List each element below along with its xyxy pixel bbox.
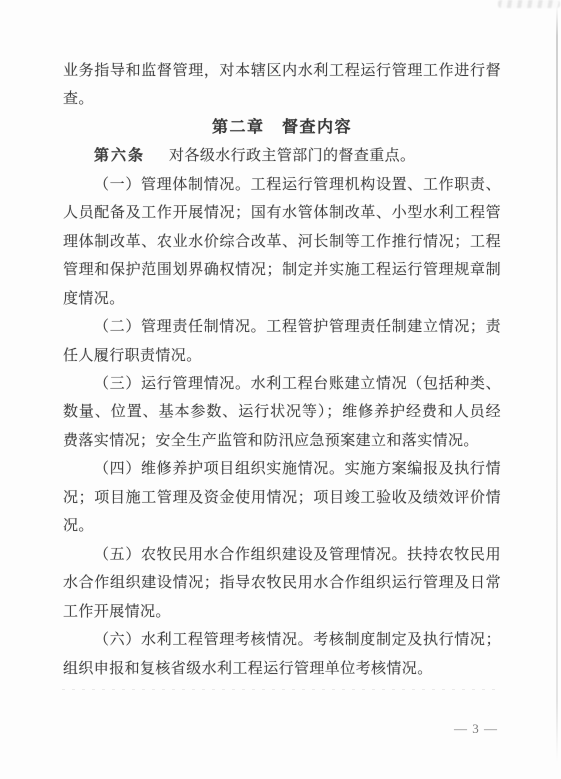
scan-artifact-corner-smudge xyxy=(498,0,560,8)
item-paragraph-5: （五）农牧民用水合作组织建设及管理情况。扶持农牧民用水合作组织建设情况；指导农牧… xyxy=(63,541,501,626)
scan-artifact-edge-line xyxy=(556,6,558,762)
document-page: 业务指导和监督管理，对本辖区内水利工程运行管理工作进行督查。 第二章 督查内容 … xyxy=(0,0,561,779)
item-paragraph-2: （二）管理责任制情况。工程管护管理责任制建立情况；责任人履行职责情况。 xyxy=(63,313,501,370)
page-number: — 3 — xyxy=(441,721,511,737)
document-content: 业务指导和监督管理，对本辖区内水利工程运行管理工作进行督查。 第二章 督查内容 … xyxy=(63,57,501,683)
paragraph-continuation: 业务指导和监督管理，对本辖区内水利工程运行管理工作进行督查。 xyxy=(63,57,501,114)
chapter-heading: 第二章 督查内容 xyxy=(63,114,501,142)
scan-artifact-noise-line xyxy=(62,689,502,690)
item-paragraph-4: （四）维修养护项目组织实施情况。实施方案编报及执行情况；项目施工管理及资金使用情… xyxy=(63,455,501,540)
item-paragraph-3: （三）运行管理情况。水利工程台账建立情况（包括种类、数量、位置、基本参数、运行状… xyxy=(63,370,501,455)
article-paragraph: 第六条对各级水行政主管部门的督查重点。 xyxy=(63,142,501,170)
item-paragraph-6: （六）水利工程管理考核情况。考核制度制定及执行情况；组织申报和复核省级水利工程运… xyxy=(63,626,501,683)
article-text: 对各级水行政主管部门的督查重点。 xyxy=(169,148,415,164)
article-number: 第六条 xyxy=(94,147,145,164)
item-paragraph-1: （一）管理体制情况。工程运行管理机构设置、工作职责、人员配备及工作开展情况；国有… xyxy=(63,171,501,313)
